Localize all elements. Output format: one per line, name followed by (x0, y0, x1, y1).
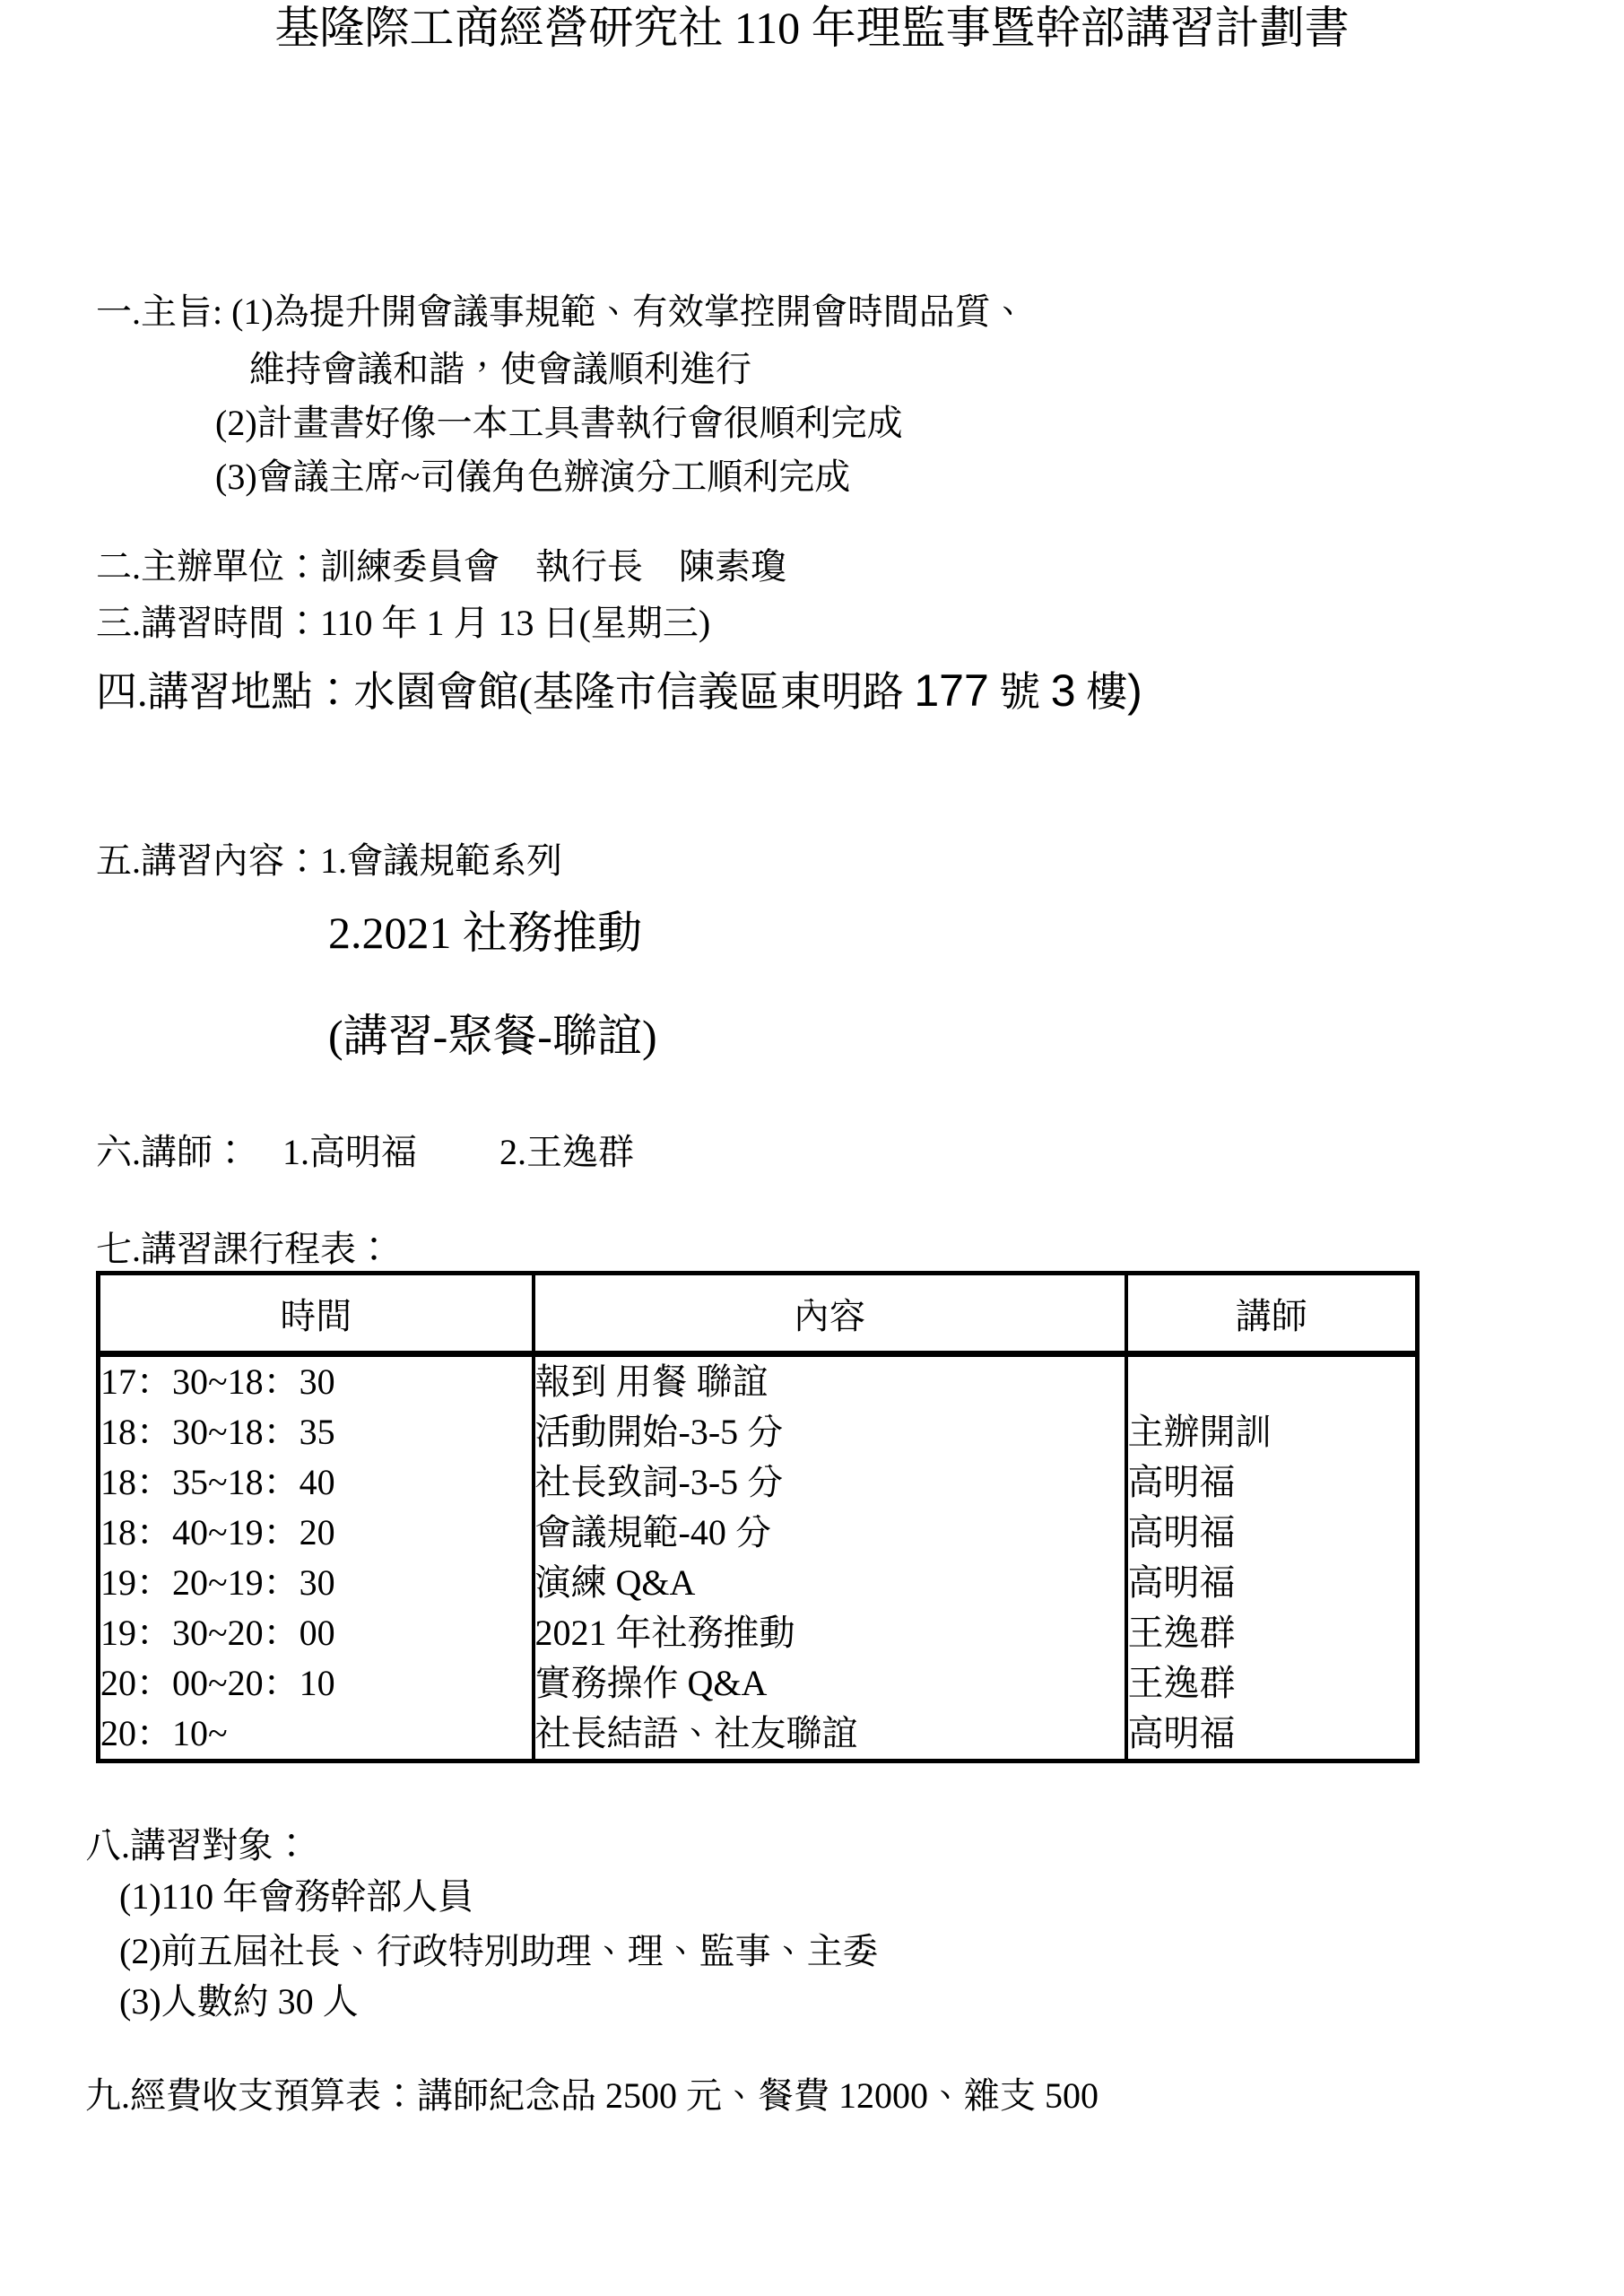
agenda-content: 報到 用餐 聯誼 (535, 1357, 1125, 1407)
location-number-unit: 號 (989, 669, 1051, 715)
agenda-header-content: 內容 (534, 1274, 1126, 1354)
audience-item-1: (1)110 年會務幹部人員 (119, 1874, 473, 1920)
agenda-lecturer: 主辦開訓 (1128, 1407, 1416, 1457)
agenda-lecturer: 高明福 (1128, 1457, 1416, 1508)
doc-title: 基隆際工商經營研究社 110 年理監事暨幹部講習計劃書 (0, 0, 1624, 56)
purpose-line-2: 維持會議和諧，使會議順利進行 (249, 346, 751, 393)
lecturer-2: 2.王逸群 (499, 1132, 634, 1172)
audience-item-3: (3)人數約 30 人 (119, 1979, 359, 2025)
document-page: 基隆際工商經營研究社 110 年理監事暨幹部講習計劃書 一.主旨: (1)為提升… (0, 0, 1624, 2296)
agenda-content-column: 報到 用餐 聯誼 活動開始-3-5 分 社長致詞-3-5 分 會議規範-40 分… (534, 1354, 1126, 1761)
agenda-lecturer: 高明福 (1128, 1709, 1416, 1759)
purpose-line-3: (2)計畫書好像一本工具書執行會很順利完成 (215, 400, 903, 447)
content-line-2: 2.2021 社務推動 (328, 905, 642, 961)
agenda-lecturer: 王逸群 (1128, 1658, 1416, 1709)
agenda-content: 社長致詞-3-5 分 (535, 1457, 1125, 1508)
agenda-time: 20：10~ (100, 1709, 532, 1759)
content-line-1: 五.講習內容：1.會議規範系列 (96, 838, 562, 884)
agenda-content: 演練 Q&A (535, 1558, 1125, 1608)
agenda-lecturer-column: 主辦開訓 高明福 高明福 高明福 王逸群 王逸群 高明福 (1126, 1354, 1418, 1761)
agenda-content: 會議規範-40 分 (535, 1508, 1125, 1558)
location-label: 四.講習地點：水園會館(基隆市信義區東明路 (96, 669, 914, 715)
agenda-table: 時間 內容 講師 17：30~18：30 18：30~18：35 18：35~1… (96, 1271, 1420, 1763)
audience-item-2: (2)前五屆社長、行政特別助理、理、監事、主委 (119, 1928, 879, 1975)
location-floor-number: 3 (1051, 665, 1076, 716)
agenda-header-row: 時間 內容 講師 (99, 1274, 1418, 1354)
purpose-line-4: (3)會議主席~司儀角色辦演分工順利完成 (215, 454, 850, 500)
lecturers-line: 六.講師：1.高明福2.王逸群 (96, 1129, 634, 1176)
purpose-line-1: 一.主旨: (1)為提升開會議事規範、有效掌控開會時間品質、 (96, 289, 1027, 335)
agenda-time: 20：00~20：10 (100, 1658, 532, 1709)
content-line-3: (講習-聚餐-聯誼) (328, 1008, 657, 1064)
organizer-line: 二.主辦單位：訓練委員會 執行長 陳素瓊 (96, 544, 786, 590)
agenda-time-column: 17：30~18：30 18：30~18：35 18：35~18：40 18：4… (99, 1354, 534, 1761)
agenda-lecturer: 王逸群 (1128, 1608, 1416, 1658)
agenda-content: 活動開始-3-5 分 (535, 1407, 1125, 1457)
agenda-header-lecturer: 講師 (1126, 1274, 1418, 1354)
agenda-time: 19：30~20：00 (100, 1608, 532, 1658)
agenda-heading: 七.講習課行程表： (96, 1226, 392, 1273)
location-line: 四.講習地點：水園會館(基隆市信義區東明路 177 號 3 樓) (96, 664, 1142, 719)
agenda-lecturer (1128, 1357, 1416, 1407)
lecturer-1: 1.高明福 (282, 1132, 417, 1172)
budget-line: 九.經費收支預算表：講師紀念品 2500 元、餐費 12000、雜支 500 (85, 2073, 1099, 2119)
agenda-body-row: 17：30~18：30 18：30~18：35 18：35~18：40 18：4… (99, 1354, 1418, 1761)
location-floor-unit: 樓 (1076, 669, 1128, 715)
agenda-header-time: 時間 (99, 1274, 534, 1354)
location-close-paren: ) (1127, 665, 1142, 716)
audience-heading: 八.講習對象： (85, 1822, 309, 1869)
agenda-time: 18：35~18：40 (100, 1457, 532, 1508)
agenda-time: 18：30~18：35 (100, 1407, 532, 1457)
agenda-time: 17：30~18：30 (100, 1357, 532, 1407)
agenda-content: 2021 年社務推動 (535, 1608, 1125, 1658)
schedule-time-line: 三.講習時間：110 年 1 月 13 日(星期三) (96, 600, 710, 647)
agenda-content: 實務操作 Q&A (535, 1658, 1125, 1709)
lecturers-label: 六.講師： (96, 1132, 248, 1172)
agenda-time: 19：20~19：30 (100, 1558, 532, 1608)
agenda-content: 社長結語、社友聯誼 (535, 1709, 1125, 1759)
agenda-lecturer: 高明福 (1128, 1558, 1416, 1608)
agenda-time: 18：40~19：20 (100, 1508, 532, 1558)
agenda-lecturer: 高明福 (1128, 1508, 1416, 1558)
location-street-number: 177 (914, 665, 988, 716)
